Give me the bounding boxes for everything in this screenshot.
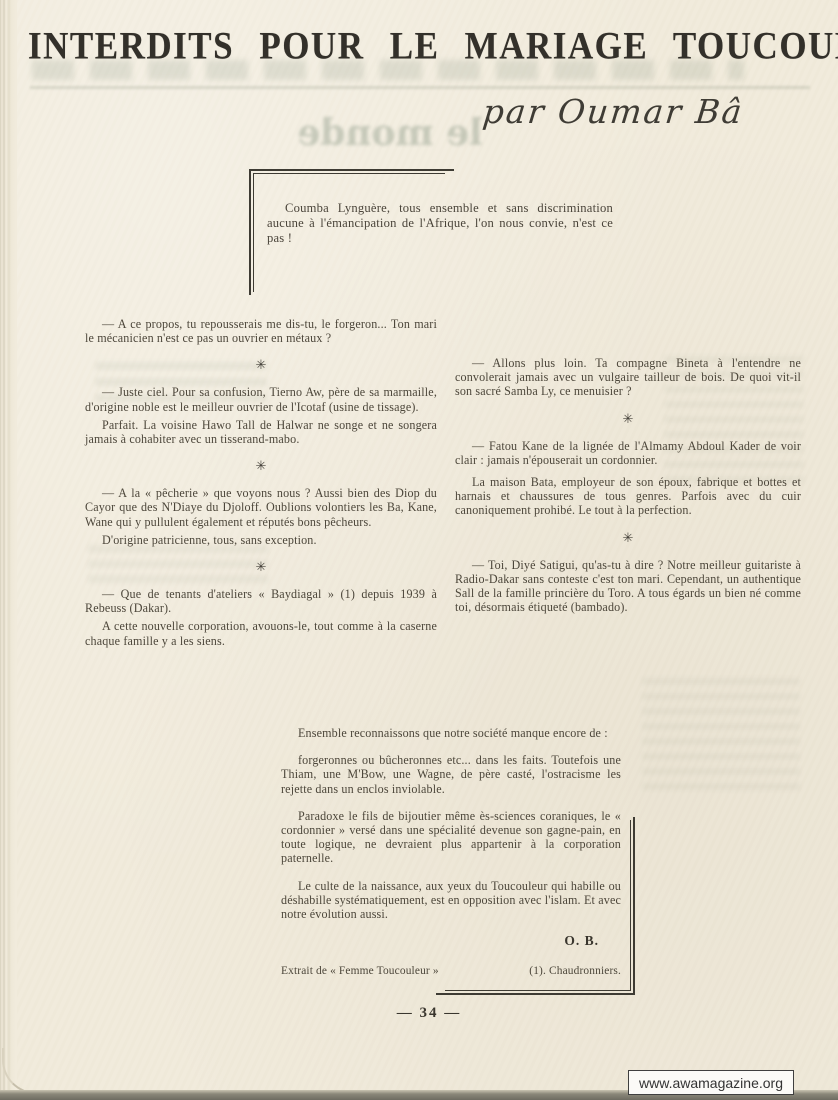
asterisk-separator-icon: ✳ [455, 412, 801, 426]
paragraph: — Juste ciel. Pour sa confusion, Tierno … [85, 385, 437, 413]
scan-page-edges-left [0, 0, 17, 1100]
asterisk-separator-icon: ✳ [455, 531, 801, 545]
asterisk-separator-icon: ✳ [85, 560, 437, 574]
closing-block: Ensemble reconnaissons que notre société… [281, 726, 621, 979]
page-number: — 34 — [0, 1005, 838, 1022]
footnote: (1). Chaudronniers. [529, 964, 621, 978]
paragraph: forgeronnes ou bûcheronnes etc... dans l… [281, 753, 621, 796]
paragraph: — Toi, Diyé Satigui, qu'as-tu à dire ? N… [455, 558, 801, 615]
footnote-row: Extrait de « Femme Toucouleur » (1). Cha… [281, 964, 621, 978]
scanned-magazine-page: le monde INTERDITS POUR LE MARIAGE TOUCO… [0, 0, 838, 1100]
asterisk-separator-icon: ✳ [85, 459, 437, 473]
paragraph: Le culte de la naissance, aux yeux du To… [281, 879, 621, 922]
paragraph: — A la « pêcherie » que voyons nous ? Au… [85, 486, 437, 529]
masthead: INTERDITS POUR LE MARIAGE TOUCOULEUR* [0, 24, 838, 64]
bleed-through-rule [30, 86, 810, 89]
author-initials: O. B. [281, 934, 621, 948]
paragraph: — Allons plus loin. Ta compagne Bineta à… [455, 356, 801, 399]
right-column: — Allons plus loin. Ta compagne Bineta à… [455, 356, 801, 622]
epigraph-quote: Coumba Lynguère, tous ensemble et sans d… [267, 201, 613, 247]
paragraph: Ensemble reconnaissons que notre société… [281, 726, 621, 740]
paragraph: — Fatou Kane de la lignée de l'Almamy Ab… [455, 439, 801, 467]
paragraph: La maison Bata, employeur de son époux, … [455, 475, 801, 518]
paragraph: — A ce propos, tu repousserais me dis-tu… [85, 317, 437, 345]
watermark: www.awamagazine.org [628, 1070, 794, 1095]
asterisk-separator-icon: ✳ [85, 358, 437, 372]
bleed-through-text-block [642, 678, 800, 790]
epigraph-text: Coumba Lynguère, tous ensemble et sans d… [267, 201, 613, 247]
paragraph: A cette nouvelle corporation, avouons-le… [85, 619, 437, 647]
article-title: INTERDITS POUR LE MARIAGE TOUCOULEUR* [28, 24, 838, 69]
paragraph: D'origine patricienne, tous, sans except… [85, 533, 437, 547]
left-column: — A ce propos, tu repousserais me dis-tu… [85, 317, 437, 652]
paragraph: Paradoxe le fils de bijoutier même ès-sc… [281, 809, 621, 866]
paragraph: Parfait. La voisine Hawo Tall de Halwar … [85, 418, 437, 446]
source-note: Extrait de « Femme Toucouleur » [281, 964, 439, 978]
paragraph: — Que de tenants d'ateliers « Baydiagal … [85, 587, 437, 615]
byline: par Oumar Bâ [481, 92, 746, 131]
article-title-text: INTERDITS POUR LE MARIAGE TOUCOULEUR [28, 24, 838, 68]
